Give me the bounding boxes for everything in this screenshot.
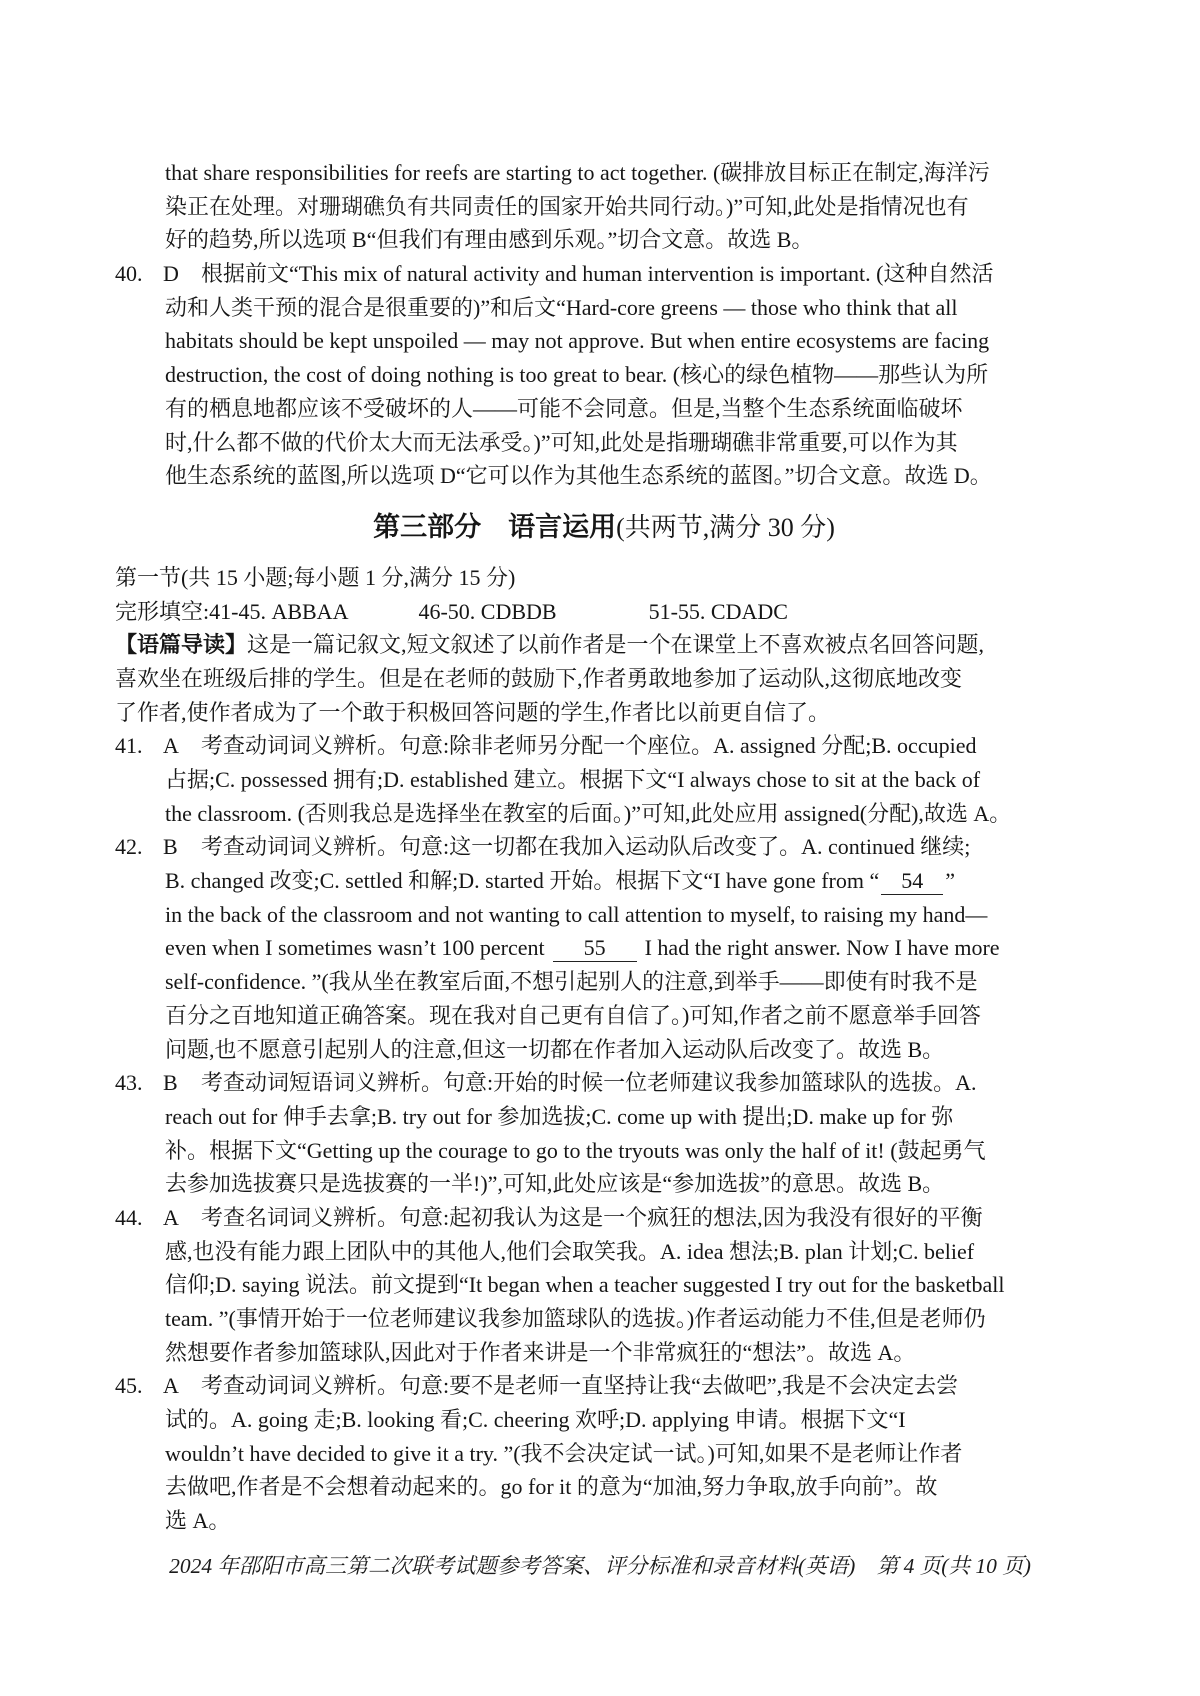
page-footer: 2024 年邵阳市高三第二次联考试题参考答案、评分标准和录音材料(英语) 第 4…: [0, 1549, 1200, 1580]
text-segment: even when I sometimes wasn’t 100 percent: [165, 935, 545, 960]
section-title-suffix: (共两节,满分 30 分): [616, 513, 835, 542]
answer-letter: B: [163, 1066, 201, 1100]
text-line: the classroom. (否则我总是选择坐在教室的后面。)”可知,此处应用…: [115, 797, 1093, 831]
explanation-item-44: 44.A考查名词词义辨析。句意:起初我认为这是一个疯狂的想法,因为我没有很好的平…: [115, 1201, 1093, 1235]
answers-label: 完形填空:: [115, 599, 209, 624]
text-line: that share responsibilities for reefs ar…: [115, 156, 1093, 190]
cloze-blank-55: 55: [553, 935, 637, 962]
text-line: 选 A。: [115, 1504, 1093, 1538]
answer-letter: B: [163, 830, 201, 864]
text-line: wouldn’t have decided to give it a try. …: [115, 1437, 1093, 1471]
explanation-item-41: 41.A考查动词词义辨析。句意:除非老师另分配一个座位。A. assigned …: [115, 729, 1093, 763]
text-line: 信仰;D. saying 说法。前文提到“It began when a tea…: [115, 1268, 1093, 1302]
text-line: destruction, the cost of doing nothing i…: [115, 358, 1093, 392]
answers-group-46-50: 46-50. CDBDB: [418, 599, 556, 624]
item-number: 40.: [115, 257, 163, 291]
document-page: that share responsibilities for reefs ar…: [0, 0, 1200, 1696]
explanation-item-42: 42.B考查动词词义辨析。句意:这一切都在我加入运动队后改变了。A. conti…: [115, 830, 1093, 864]
text-line: habitats should be kept unspoiled — may …: [115, 324, 1093, 358]
text-line: in the back of the classroom and not wan…: [115, 898, 1093, 932]
text-line: 占据;C. possessed 拥有;D. established 建立。根据下…: [115, 763, 1093, 797]
text-line: 这是一篇记叙文,短文叙述了以前作者是一个在课堂上不喜欢被点名回答问题,: [247, 632, 984, 657]
text-line: 喜欢坐在班级后排的学生。但是在老师的鼓励下,作者勇敢地参加了运动队,这彻底地改变: [115, 662, 1093, 696]
text-line: 动和人类干预的混合是很重要的)”和后文“Hard-core greens — t…: [115, 291, 1093, 325]
text-line: 去做吧,作者是不会想着动起来的。go for it 的意为“加油,努力争取,放手…: [115, 1470, 1093, 1504]
text-line: B. changed 改变;C. settled 和解;D. started 开…: [115, 864, 1093, 898]
text-line: 然想要作者参加篮球队,因此对于作者来讲是一个非常疯狂的“想法”。故选 A。: [115, 1336, 1093, 1370]
item-number: 44.: [115, 1201, 163, 1235]
answers-row: 完形填空:41-45. ABBAA46-50. CDBDB51-55. CDAD…: [115, 595, 1093, 629]
text-line: 考查动词短语词义辨析。句意:开始的时候一位老师建议我参加篮球队的选拔。A.: [201, 1070, 977, 1095]
text-line: self-confidence. ”(我从坐在教室后面,不想引起别人的注意,到举…: [115, 965, 1093, 999]
answer-letter: A: [163, 1369, 201, 1403]
text-line: 时,什么都不做的代价太大而无法承受。)”可知,此处是指珊瑚礁非常重要,可以作为其: [115, 426, 1093, 460]
text-line: 考查动词词义辨析。句意:这一切都在我加入运动队后改变了。A. continued…: [201, 834, 970, 859]
answer-letter: A: [163, 729, 201, 763]
item-number: 41.: [115, 729, 163, 763]
text-line: 百分之百地知道正确答案。现在我对自己更有自信了。)可知,作者之前不愿意举手回答: [115, 999, 1093, 1033]
text-segment: I had the right answer. Now I have more: [645, 935, 1000, 960]
cloze-blank-54: 54: [881, 868, 943, 895]
explanation-item-43: 43.B考查动词短语词义辨析。句意:开始的时候一位老师建议我参加篮球队的选拔。A…: [115, 1066, 1093, 1100]
text-line: 感,也没有能力跟上团队中的其他人,他们会取笑我。A. idea 想法;B. pl…: [115, 1235, 1093, 1269]
explanation-item-40: 40.D根据前文“This mix of natural activity an…: [115, 257, 1093, 291]
text-line: 好的趋势,所以选项 B“但我们有理由感到乐观。”切合文意。故选 B。: [115, 223, 1093, 257]
text-line: 问题,也不愿意引起别人的注意,但这一切都在作者加入运动队后改变了。故选 B。: [115, 1033, 1093, 1067]
text-segment: ”: [945, 868, 955, 893]
section-title: 第三部分 语言运用: [373, 512, 616, 542]
text-line: 了作者,使作者成为了一个敢于积极回答问题的学生,作者比以前更自信了。: [115, 696, 1093, 730]
text-line: 考查名词词义辨析。句意:起初我认为这是一个疯狂的想法,因为我没有很好的平衡: [201, 1205, 983, 1230]
text-segment: B. changed 改变;C. settled 和解;D. started 开…: [165, 868, 879, 893]
text-line: 染正在处理。对珊瑚礁负有共同责任的国家开始共同行动。)”可知,此处是指情况也有: [115, 190, 1093, 224]
guide-line: 【语篇导读】这是一篇记叙文,短文叙述了以前作者是一个在课堂上不喜欢被点名回答问题…: [115, 628, 1093, 662]
text-line: 考查动词词义辨析。句意:要不是老师一直坚持让我“去做吧”,我是不会决定去尝: [201, 1373, 958, 1398]
answers-group-41-45: 41-45. ABBAA: [209, 599, 348, 624]
text-line: even when I sometimes wasn’t 100 percent…: [115, 931, 1093, 965]
text-line: 根据前文“This mix of natural activity and hu…: [201, 261, 993, 286]
text-line: 去参加选拔赛只是选拔赛的一半!)”,可知,此处应该是“参加选拔”的意思。故选 B…: [115, 1167, 1093, 1201]
answer-letter: D: [163, 257, 201, 291]
guide-tag: 【语篇导读】: [115, 632, 247, 657]
answer-key-content: that share responsibilities for reefs ar…: [115, 156, 1093, 1538]
text-line: 补。根据下文“Getting up the courage to go to t…: [115, 1134, 1093, 1168]
text-line: team. ”(事情开始于一位老师建议我参加篮球队的选拔。)作者运动能力不佳,但…: [115, 1302, 1093, 1336]
text-line: 试的。A. going 走;B. looking 看;C. cheering 欢…: [115, 1403, 1093, 1437]
text-line: reach out for 伸手去拿;B. try out for 参加选拔;C…: [115, 1100, 1093, 1134]
subsection-heading: 第一节(共 15 小题;每小题 1 分,满分 15 分): [115, 561, 1093, 595]
text-line: 他生态系统的蓝图,所以选项 D“它可以作为其他生态系统的蓝图。”切合文意。故选 …: [115, 459, 1093, 493]
item-number: 43.: [115, 1066, 163, 1100]
answers-group-51-55: 51-55. CDADC: [649, 599, 788, 624]
item-number: 45.: [115, 1369, 163, 1403]
item-number: 42.: [115, 830, 163, 864]
text-line: 有的栖息地都应该不受破坏的人——可能不会同意。但是,当整个生态系统面临破坏: [115, 392, 1093, 426]
section-heading: 第三部分 语言运用(共两节,满分 30 分): [115, 505, 1093, 549]
explanation-item-45: 45.A考查动词词义辨析。句意:要不是老师一直坚持让我“去做吧”,我是不会决定去…: [115, 1369, 1093, 1403]
text-line: 考查动词词义辨析。句意:除非老师另分配一个座位。A. assigned 分配;B…: [201, 733, 976, 758]
answer-letter: A: [163, 1201, 201, 1235]
